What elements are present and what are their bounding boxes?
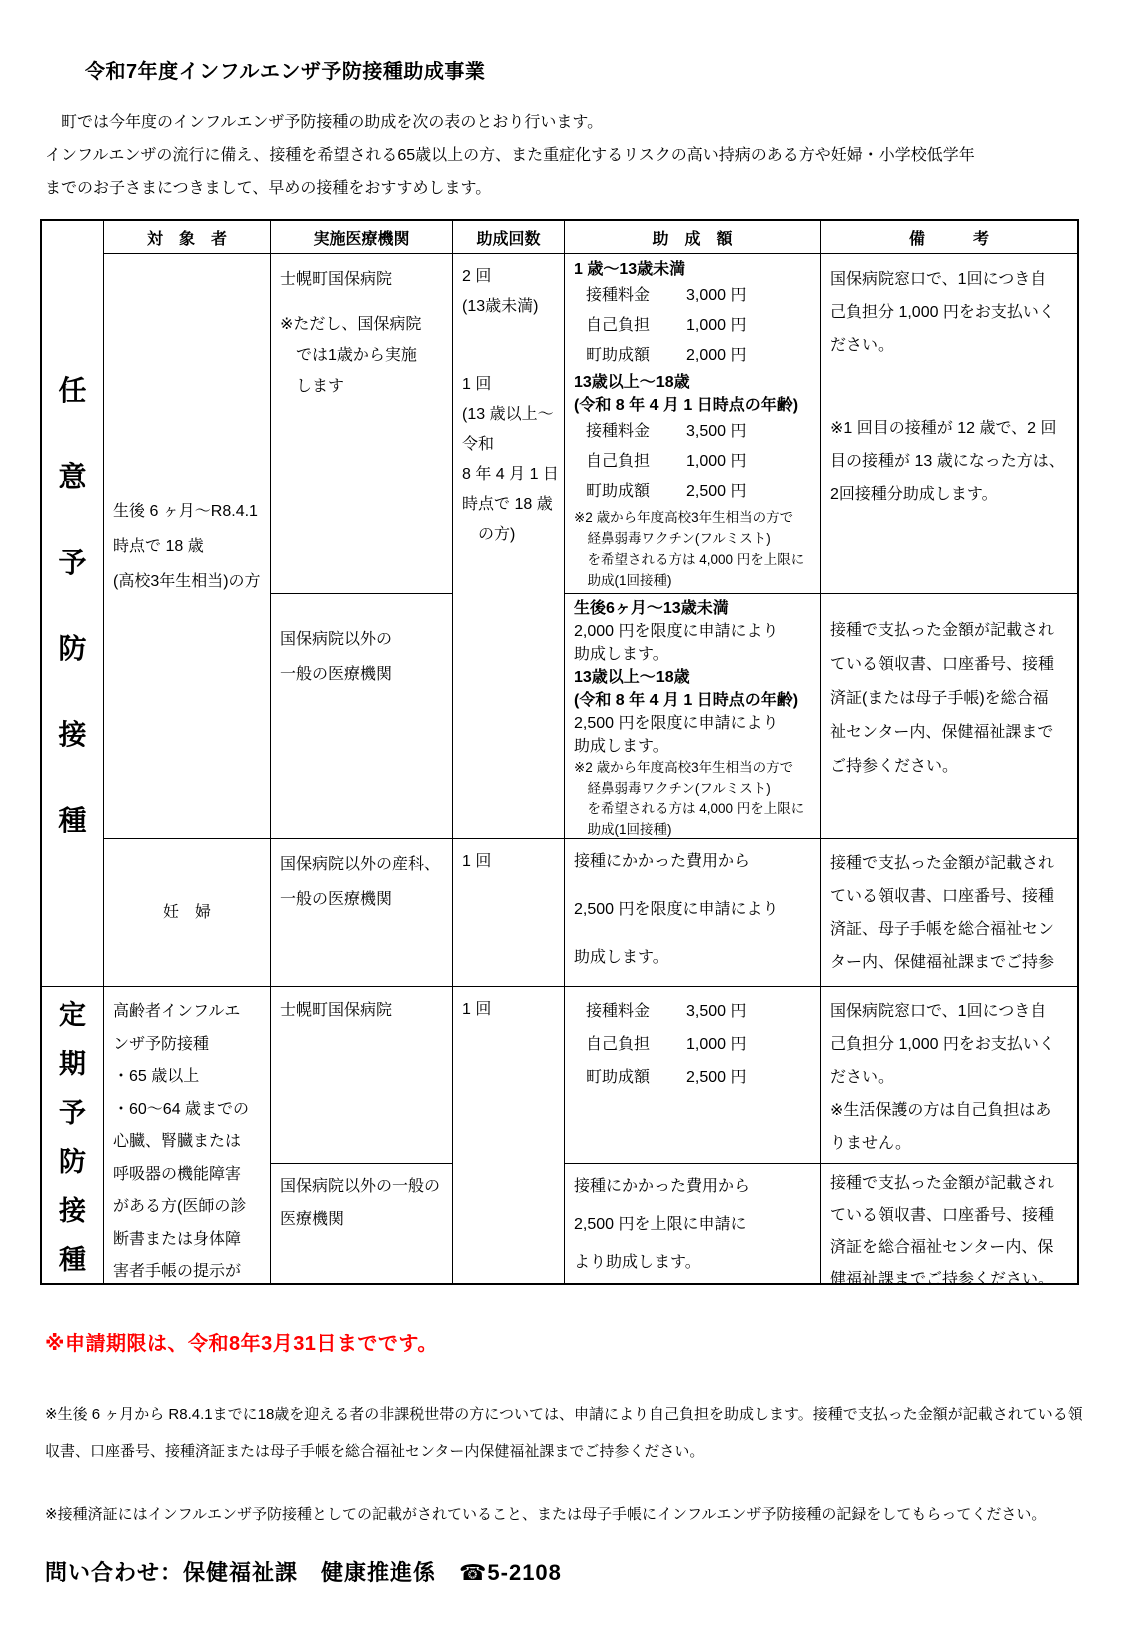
text-line: 助成します。 xyxy=(574,735,811,758)
text-line: 断書または身体障 xyxy=(113,1224,261,1257)
vertical-char: 種 xyxy=(59,1238,86,1277)
text-line: 祉センター内、保健福祉課まで xyxy=(830,716,1068,750)
spacer xyxy=(830,362,1068,412)
cell-target-elderly: 高齢者インフルエンザ予防接種・65 歳以上・60～64 歳までの心臓、腎臓または… xyxy=(103,986,270,1283)
text-line: ター内、保健福祉課までご持参 xyxy=(830,946,1068,979)
text-line: 1 回 xyxy=(462,847,555,877)
text-line: ※2 歳から年度高校3年生相当の方で xyxy=(574,758,811,779)
text-line: ンザ予防接種 xyxy=(113,1029,261,1062)
cell-institution-kokuho-hospital-regular: 士幌町国保病院 xyxy=(270,986,452,1163)
amount-value: 3,500 円 xyxy=(686,995,747,1028)
spacer xyxy=(462,322,555,370)
cell-amount-elderly-hospital: 接種料金3,500 円自己負担1,000 円町助成額2,500 円 xyxy=(564,986,820,1163)
amount-pair-line: 自己負担1,000 円 xyxy=(574,1028,811,1061)
vertical-char: 防 xyxy=(59,1140,86,1179)
text-line: 13歳以上～18歳 xyxy=(574,666,811,689)
amount-value: 2,500 円 xyxy=(686,1061,747,1094)
text-line: がある方(医師の診 xyxy=(113,1191,261,1224)
text-line: の方) xyxy=(462,520,555,550)
text-line: 2回接種分助成します。 xyxy=(830,478,1068,511)
amount-value: 2,000 円 xyxy=(686,341,747,371)
text-line: を希望される方は 4,000 円を上限に xyxy=(574,799,811,820)
text-line: 生後 6 ヶ月～R8.4.1 xyxy=(113,494,261,529)
text-line: ※2 歳から年度高校3年生相当の方で xyxy=(574,507,811,528)
note-tax-exempt: ※生後 6 ヶ月から R8.4.1までに18歳を迎える者の非課税世帯の方について… xyxy=(45,1396,1083,1470)
cell-amount-pregnant: 接種にかかった費用から2,500 円を限度に申請により助成します。 xyxy=(564,838,820,986)
cell-remarks-child-other: 接種で支払った金額が記載されている領収書、口座番号、接種済証(または母子手帳)を… xyxy=(820,593,1077,838)
intro-paragraph: 町では今年度のインフルエンザ予防接種の助成を次の表のとおり行います。 インフルエ… xyxy=(45,106,1078,205)
text-line: 国保病院以外の一般の xyxy=(280,1170,443,1203)
vertical-char: 接 xyxy=(58,713,86,753)
text-line: 経鼻弱毒ワクチン(フルミスト) xyxy=(574,779,811,800)
page-title: 令和7年度インフルエンザ予防接種助成事業 xyxy=(85,55,1123,84)
spacer xyxy=(280,295,443,309)
text-line: します xyxy=(280,371,443,402)
cell-institution-kokuho-hospital: 士幌町国保病院※ただし、国保病院 では1歳から実施 します xyxy=(270,253,452,593)
text-line: 接種にかかった費用から xyxy=(574,1168,811,1206)
text-line: 害者手帳の提示が xyxy=(113,1256,261,1283)
cell-target-child: 生後 6 ヶ月～R8.4.1時点で 18 歳(高校3年生相当)の方 xyxy=(103,253,270,838)
text-line: ※1 回目の接種が 12 歳で、2 回 xyxy=(830,412,1068,445)
cell-remarks-child-hospital: 国保病院窓口で、1回につき自己負担分 1,000 円をお支払いください。※1 回… xyxy=(820,253,1077,593)
header-cell-remarks: 備 考 xyxy=(820,221,1077,253)
text-line: 国保病院以外の産科、 xyxy=(280,847,443,882)
cell-amount-elderly-other: 接種にかかった費用から2,500 円を上限に申請により助成します。 xyxy=(564,1163,820,1283)
text-line: ・60～64 歳までの xyxy=(113,1094,261,1127)
header-cell-medical-institution: 実施医療機関 xyxy=(270,221,452,253)
category-regular-vaccination: 定期予防接種 xyxy=(42,986,103,1283)
spacer xyxy=(574,877,811,895)
text-line: 一般の医療機関 xyxy=(280,657,443,692)
text-line: 令和 xyxy=(462,430,555,460)
text-line: 国保病院以外の xyxy=(280,622,443,657)
cell-remarks-elderly-hospital: 国保病院窓口で、1回につき自己負担分 1,000 円をお支払いください。※生活保… xyxy=(820,986,1077,1163)
text-line: 呼吸器の機能障害 xyxy=(113,1159,261,1192)
text-line: ・65 歳以上 xyxy=(113,1061,261,1094)
text-line: 接種にかかった費用から xyxy=(574,847,811,877)
amount-pair-line: 町助成額2,000 円 xyxy=(574,341,811,371)
amount-value: 3,000 円 xyxy=(686,281,747,311)
text-line: 高齢者インフルエ xyxy=(113,996,261,1029)
amount-label: 自己負担 xyxy=(574,447,686,477)
amount-label: 接種料金 xyxy=(574,417,686,447)
text-line: 接種で支払った金額が記載され xyxy=(830,614,1068,648)
text-line: 8 年 4 月 1 日 xyxy=(462,460,555,490)
text-line: ている領収書、口座番号、接種 xyxy=(830,1200,1068,1232)
text-line: 済証、母子手帳を総合福祉セン xyxy=(830,913,1068,946)
vertical-char: 防 xyxy=(58,627,86,667)
vertical-char: 期 xyxy=(59,1042,86,1081)
text-line: ※生活保護の方は自己負担はあ xyxy=(830,1094,1068,1127)
header-cell-subsidy-count: 助成回数 xyxy=(452,221,564,253)
text-line: を希望される方は 4,000 円を上限に xyxy=(574,549,811,570)
text-line: 助成(1回接種) xyxy=(574,570,811,591)
text-line: 接種で支払った金額が記載され xyxy=(830,847,1068,880)
text-line: 助成します。 xyxy=(574,943,811,973)
vertical-char: 意 xyxy=(58,455,86,495)
text-line: 2 回 xyxy=(462,262,555,292)
header-cell-subsidy-amount: 助 成 額 xyxy=(564,221,820,253)
text-line: 経鼻弱毒ワクチン(フルミスト) xyxy=(574,528,811,549)
text-line: ている領収書、口座番号、接種 xyxy=(830,648,1068,682)
cell-count-pregnant: 1 回 xyxy=(452,838,564,986)
text-line: 生後6ヶ月～13歳未満 xyxy=(574,597,811,620)
amount-pair-line: 自己負担1,000 円 xyxy=(574,311,811,341)
amount-pair-line: 町助成額2,500 円 xyxy=(574,1061,811,1094)
text-line: ている領収書、口座番号、接種 xyxy=(830,880,1068,913)
text-line: 医療機関 xyxy=(280,1203,443,1236)
text-line: より助成します。 xyxy=(574,1244,811,1282)
spacer xyxy=(574,925,811,943)
vertical-char: 予 xyxy=(58,541,86,581)
text-line: (令和 8 年 4 月 1 日時点の年齢) xyxy=(574,689,811,712)
cell-target-pregnant: 妊 婦 xyxy=(103,838,270,986)
cell-count-child: 2 回(13歳未満)1 回(13 歳以上～令和8 年 4 月 1 日時点で 18… xyxy=(452,253,564,838)
amount-pair-line: 接種料金3,000 円 xyxy=(574,281,811,311)
text-line: 済証を総合福祉センター内、保 xyxy=(830,1232,1068,1264)
amount-label: 町助成額 xyxy=(574,477,686,507)
note-certificate: ※接種済証にはインフルエンザ予防接種としての記載がされていること、または母子手帳… xyxy=(45,1500,1083,1530)
text-line: 国保病院窓口で、1回につき自 xyxy=(830,263,1068,296)
vertical-char: 接 xyxy=(59,1189,86,1228)
text-line: 1 歳～13歳未満 xyxy=(574,258,811,281)
text-line: りません。 xyxy=(830,1127,1068,1160)
text-line: ください。 xyxy=(830,979,1068,986)
text-line: 1 回 xyxy=(462,370,555,400)
cell-amount-child-other: 生後6ヶ月～13歳未満2,000 円を限度に申請により助成します。13歳以上～1… xyxy=(564,593,820,838)
text-line: 時点で 18 歳 xyxy=(462,490,555,520)
text-line: 時点で 18 歳 xyxy=(113,529,261,564)
deadline-note: ※申請期限は、令和8年3月31日までです。 xyxy=(45,1327,1123,1356)
amount-label: 町助成額 xyxy=(574,341,686,371)
amount-label: 接種料金 xyxy=(574,281,686,311)
text-line: 2,500 円を限度に申請により xyxy=(574,895,811,925)
cell-remarks-elderly-other: 接種で支払った金額が記載されている領収書、口座番号、接種済証を総合福祉センター内… xyxy=(820,1163,1077,1283)
text-line: では1歳から実施 xyxy=(280,340,443,371)
vertical-char: 定 xyxy=(59,993,86,1032)
amount-value: 3,500 円 xyxy=(686,417,747,447)
cell-remarks-pregnant: 接種で支払った金額が記載されている領収書、口座番号、接種済証、母子手帳を総合福祉… xyxy=(820,838,1077,986)
amount-value: 2,500 円 xyxy=(686,477,747,507)
text-line: (令和 8 年 4 月 1 日時点の年齢) xyxy=(574,394,811,417)
text-line: 己負担分 1,000 円をお支払いく xyxy=(830,296,1068,329)
text-line: 1 回 xyxy=(462,995,555,1025)
text-line: 士幌町国保病院 xyxy=(280,995,443,1026)
cell-count-elderly: 1 回 xyxy=(452,986,564,1283)
cell-amount-child-hospital: 1 歳～13歳未満接種料金3,000 円自己負担1,000 円町助成額2,000… xyxy=(564,253,820,593)
text-line: ※ただし、国保病院 xyxy=(280,309,443,340)
cell-institution-other-general-regular: 国保病院以外の一般の医療機関 xyxy=(270,1163,452,1283)
header-cell-target: 対 象 者 xyxy=(103,221,270,253)
text-line: 心臓、腎臓または xyxy=(113,1126,261,1159)
text-line: 2,500 円を限度に申請により xyxy=(574,712,811,735)
text-line: 己負担分 1,000 円をお支払いく xyxy=(830,1028,1068,1061)
amount-label: 接種料金 xyxy=(574,995,686,1028)
category-voluntary-vaccination: 任意予防接種 xyxy=(42,221,103,986)
text-line: 一般の医療機関 xyxy=(280,882,443,917)
text-line: (13歳未満) xyxy=(462,292,555,322)
text-line: (13 歳以上～ xyxy=(462,400,555,430)
amount-pair-line: 接種料金3,500 円 xyxy=(574,417,811,447)
text-line: (高校3年生相当)の方 xyxy=(113,564,261,599)
text-line: 妊 婦 xyxy=(113,898,261,928)
text-line: 健福祉課までご持参ください。 xyxy=(830,1264,1068,1283)
amount-label: 自己負担 xyxy=(574,1028,686,1061)
amount-pair-line: 接種料金3,500 円 xyxy=(574,995,811,1028)
vertical-char: 任 xyxy=(58,369,86,409)
text-line: ご持参ください。 xyxy=(830,750,1068,784)
amount-label: 町助成額 xyxy=(574,1061,686,1094)
amount-value: 1,000 円 xyxy=(686,311,747,341)
amount-label: 自己負担 xyxy=(574,311,686,341)
vertical-char: 種 xyxy=(58,799,86,839)
amount-pair-line: 自己負担1,000 円 xyxy=(574,447,811,477)
text-line: 2,000 円を限度に申請により xyxy=(574,620,811,643)
contact-info: 問い合わせ：保健福祉課 健康推進係 ☎5-2108 xyxy=(45,1556,1123,1587)
vertical-char: 予 xyxy=(59,1091,86,1130)
text-line: 済証(または母子手帳)を総合福 xyxy=(830,682,1068,716)
amount-value: 1,000 円 xyxy=(686,447,747,477)
text-line: ださい。 xyxy=(830,1061,1068,1094)
amount-pair-line: 町助成額2,500 円 xyxy=(574,477,811,507)
text-line: 目の接種が 13 歳になった方は、 xyxy=(830,445,1068,478)
cell-institution-other-general: 国保病院以外の一般の医療機関 xyxy=(270,593,452,838)
text-line: 士幌町国保病院 xyxy=(280,264,443,295)
text-line: 助成(1回接種) xyxy=(574,820,811,839)
text-line: 2,500 円を上限に申請に xyxy=(574,1206,811,1244)
text-line: 13歳以上～18歳 xyxy=(574,371,811,394)
text-line: 接種で支払った金額が記載され xyxy=(830,1168,1068,1200)
subsidy-table: 任意予防接種 定期予防接種 対 象 者 実施医療機関 助成回数 助 成 額 備 … xyxy=(40,219,1079,1285)
text-line: 助成します。 xyxy=(574,643,811,666)
text-line: 国保病院窓口で、1回につき自 xyxy=(830,995,1068,1028)
cell-institution-obstetrics: 国保病院以外の産科、一般の医療機関 xyxy=(270,838,452,986)
amount-value: 1,000 円 xyxy=(686,1028,747,1061)
text-line: ださい。 xyxy=(830,329,1068,362)
